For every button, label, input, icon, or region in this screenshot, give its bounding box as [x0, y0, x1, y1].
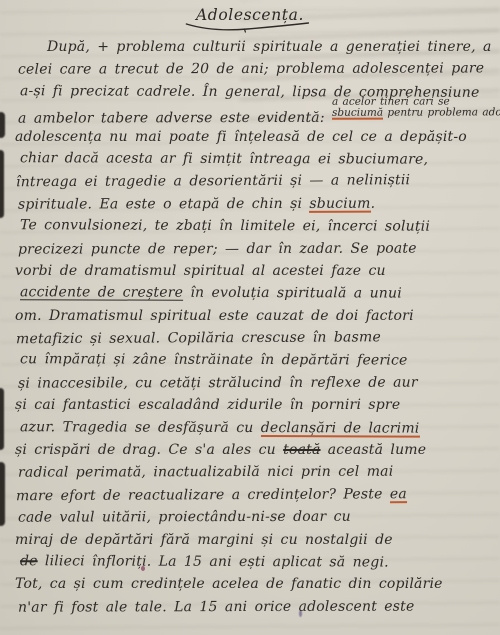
- manuscript-line: spirituale. Ea este o etapă de chin și s…: [3, 192, 500, 216]
- handwritten-text: și cai fantastici escaladând zidurile în…: [15, 397, 400, 413]
- marked-word: ea: [390, 486, 407, 504]
- manuscript-line: a ambelor tabere adverse este evidentă: …: [3, 103, 500, 127]
- manuscript-line: adolescența nu mai poate fi înțeleasă de…: [0, 126, 500, 148]
- handwritten-text: Tot, ca și cum credințele acelea de fana…: [15, 576, 443, 592]
- handwritten-text: cade valul uitării, proiectându-ni-se do…: [18, 509, 351, 526]
- handwritten-text: și crispări de drag. Ce s'a ales cu: [15, 442, 283, 458]
- handwritten-text: precizezi puncte de reper; — dar în zada…: [18, 240, 417, 257]
- handwritten-text: cu împărați și zâne înstrăinate în depăr…: [20, 352, 408, 369]
- manuscript-line: Tot, ca și cum credințele acelea de fana…: [0, 573, 500, 595]
- handwritten-text: și inaccesibile, cu cetăți strălucind în…: [18, 374, 418, 391]
- manuscript-line: și inaccesibile, cu cetăți strălucind în…: [3, 371, 500, 395]
- manuscript-line: azur. Tragedia se desfășură cu declanșăr…: [5, 416, 500, 440]
- handwritten-text: spirituale. Ea este o etapă de chin și: [18, 196, 309, 213]
- marked-word: accidente de creștere: [20, 284, 183, 301]
- handwritten-text: adolescența nu mai poate fi înțeleasă de…: [15, 129, 467, 145]
- manuscript-line: miraj de depărtări fără margini și cu no…: [0, 529, 500, 551]
- title-underline-flourish: [182, 21, 312, 33]
- manuscript-line: cade valul uitării, proiectându-ni-se do…: [3, 506, 500, 530]
- title-block: Adolescența.: [0, 0, 500, 35]
- handwritten-text: a ambelor tabere adverse este evidentă:: [18, 110, 332, 127]
- manuscript-line: mare efort de reactualizare a credințelo…: [1, 483, 500, 508]
- handwritten-text: n'ar fi fost ale tale. La 15 ani orice a…: [18, 598, 414, 615]
- manuscript-line: om. Dramatismul spiritual este cauzat de…: [0, 305, 500, 327]
- handwritten-text: vorbi de dramatismul spiritual al aceste…: [15, 263, 386, 279]
- manuscript-page: Adolescența. După, + problema culturii s…: [0, 0, 500, 635]
- insertion-bottom-row: sbuciumă pentru problema adolescenți: [332, 107, 500, 119]
- manuscript-line: vorbi de dramatismul spiritual al aceste…: [0, 260, 500, 282]
- marked-word: sbucium: [309, 195, 370, 213]
- manuscript-line: întreaga ei tragedie a desorientării și …: [1, 169, 500, 194]
- manuscript-line: și cai fantastici escaladând zidurile în…: [0, 394, 500, 416]
- handwritten-text: metafizic și sexual. Copilăria crescuse …: [16, 329, 381, 347]
- handwritten-text: miraj de depărtări fără margini și cu no…: [15, 532, 393, 548]
- marked-word: de: [20, 553, 38, 569]
- handwritten-text: mare efort de reactualizare a credințelo…: [16, 486, 390, 504]
- handwritten-text: azur. Tragedia se desfășură cu: [20, 419, 261, 436]
- manuscript-line: chiar dacă acesta ar fi simțit întreaga …: [5, 147, 500, 171]
- handwritten-text: radical perimată, inactualizabilă nici p…: [18, 464, 393, 481]
- manuscript-line: de lilieci înfloriți. La 15 ani ești apl…: [5, 550, 500, 574]
- manuscript-line: metafizic și sexual. Copilăria crescuse …: [1, 326, 500, 351]
- handwritten-text: După, + problema culturii spirituale a g…: [47, 39, 492, 55]
- handwritten-text: Te convulsionezi, te zbați în limitele e…: [20, 217, 430, 234]
- interlinear-insertion: a acelor tineri cari sesbuciumă pentru p…: [332, 96, 500, 119]
- marked-word: declanșări de lacrimi: [261, 420, 420, 439]
- manuscript-line: n'ar fi fost ale tale. La 15 ani orice a…: [3, 595, 500, 619]
- manuscript-line: accidente de creștere în evoluția spirit…: [5, 281, 500, 305]
- handwritten-text: această lume: [321, 442, 427, 458]
- handwritten-text: în evoluția spirituală a unui: [183, 285, 402, 302]
- handwritten-text: celei care a trecut de 20 de ani; proble…: [18, 61, 484, 78]
- manuscript-line: cu împărați și zâne înstrăinate în depăr…: [5, 349, 500, 373]
- manuscript-line: și crispări de drag. Ce s'a ales cu toat…: [0, 439, 500, 461]
- handwritten-text: om. Dramatismul spiritual este cauzat de…: [15, 308, 414, 324]
- manuscript-line: precizezi puncte de reper; — dar în zada…: [3, 237, 500, 261]
- manuscript-body: După, + problema culturii spirituale a g…: [0, 36, 500, 618]
- marked-word: toată: [283, 442, 320, 458]
- handwritten-text: chiar dacă acesta ar fi simțit întreaga …: [20, 150, 428, 167]
- handwritten-text: .: [371, 195, 376, 211]
- manuscript-line: Te convulsionezi, te zbați în limitele e…: [5, 214, 500, 238]
- handwritten-text: întreaga ei tragedie a desorientării și …: [16, 173, 410, 191]
- manuscript-line: celei care a trecut de 20 de ani; proble…: [3, 58, 500, 82]
- handwritten-text: lilieci înfloriți. La 15 ani ești aplica…: [38, 553, 389, 570]
- manuscript-line: După, + problema culturii spirituale a g…: [0, 36, 500, 58]
- manuscript-line: radical perimată, inactualizabilă nici p…: [3, 461, 500, 485]
